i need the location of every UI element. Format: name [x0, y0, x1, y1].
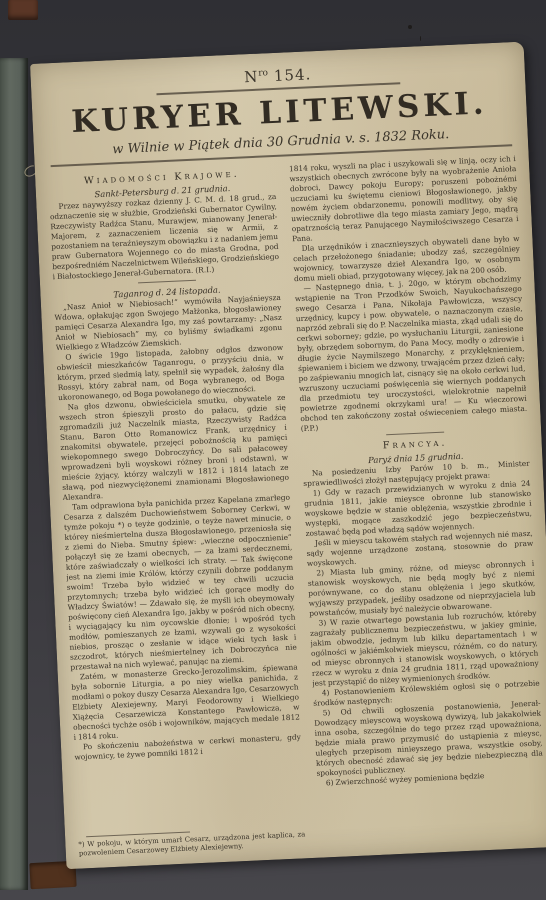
book-binding-strip: [0, 58, 28, 890]
left-column: Wiadomości Krajowe.Sankt-Petersburg d. 2…: [48, 165, 306, 865]
paragraph: Tam odprawiona była panichida przez Kape…: [63, 493, 297, 673]
newspaper-page-scan: Nro 154. KURYER LITEWSKI. w Wilnie w Pią…: [30, 42, 546, 870]
paragraph: 3) W razie otwartego powstania lub rozru…: [309, 609, 539, 689]
paragraph: — Następnego dnia, t. j. 20go, w którym …: [294, 274, 528, 434]
separator-rule: [386, 432, 444, 436]
footnote: *) W pokoju, w którym umarł Cesarz, urzą…: [78, 827, 306, 865]
paragraph: Na głos dzwonu, obwieściciela smutku, ob…: [58, 393, 289, 503]
binding-leather-patch-top: [8, 0, 38, 20]
separator-rule: [138, 280, 196, 284]
ink-speck: [408, 25, 412, 29]
paragraph: Przez naywyższy rozkaz dzienny J. C. M. …: [49, 192, 279, 282]
text-columns: Wiadomości Krajowe.Sankt-Petersburg d. 2…: [45, 154, 546, 865]
masthead: Nro 154. KURYER LITEWSKI. w Wilnie w Pią…: [41, 56, 519, 167]
paragraph: 5) Od chwili ogłoszenia postanowienia, J…: [314, 699, 544, 779]
paragraph: 1814 roku, wyszli na plac i uszykowali s…: [289, 154, 519, 244]
ink-speck: [420, 36, 421, 41]
right-column: 1814 roku, wyszli na plac i uszykowali s…: [289, 154, 546, 854]
paragraph: Zatém, w monasterze Grecko-Jerozolimskim…: [71, 662, 301, 742]
